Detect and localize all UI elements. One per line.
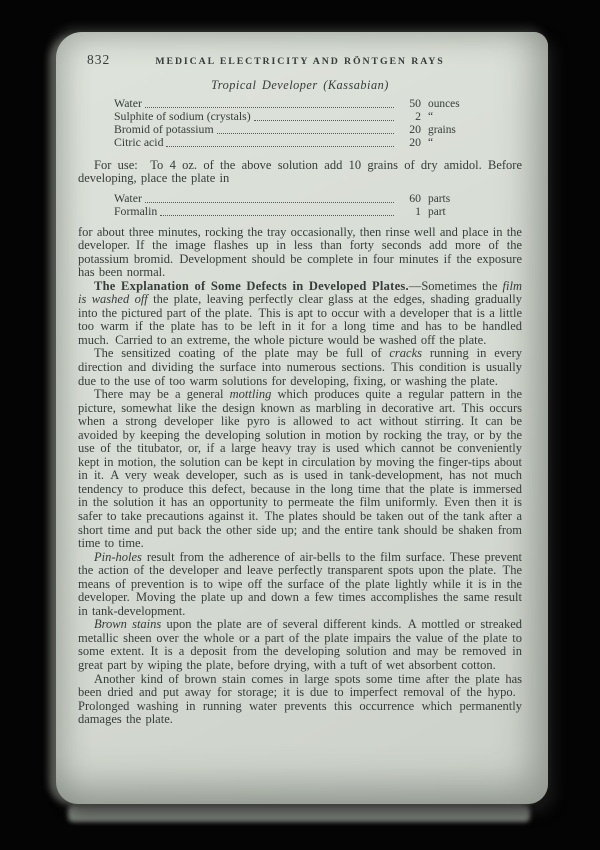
photo-background: 832 MEDICAL ELECTRICITY AND RÖNTGEN RAYS… — [0, 0, 600, 850]
book-pages-edge — [68, 805, 530, 822]
ingredient-unit: parts — [421, 194, 478, 206]
ingredient-name: Water — [114, 193, 142, 205]
running-title: MEDICAL ELECTRICITY AND RÖNTGEN RAYS — [78, 54, 522, 67]
ingredient-unit: “ — [421, 112, 478, 124]
book-page: 832 MEDICAL ELECTRICITY AND RÖNTGEN RAYS… — [56, 32, 548, 804]
ingredient-unit: grains — [421, 125, 478, 137]
table-row: Water 60 parts — [114, 193, 478, 206]
paragraph-development-time: for about three minutes, rocking the tra… — [78, 226, 522, 280]
page-number: 832 — [87, 52, 110, 68]
paragraph-mottling: There may be a general mottling which pr… — [78, 388, 522, 551]
paragraph-cracks: The sensitized coating of the plate may … — [78, 347, 522, 388]
dot-leader — [160, 215, 394, 216]
ingredient-name: Formalin — [114, 206, 157, 218]
paragraph-defects-lead: The Explanation of Some Defects in Devel… — [78, 280, 522, 348]
paragraph-pin-holes: Pin-holes result from the adherence of a… — [78, 551, 522, 619]
formula-table-bath: Water 60 parts Formalin 1 part — [114, 193, 478, 219]
ingredient-unit: part — [421, 207, 478, 219]
ingredient-name: Citric acid — [114, 137, 163, 149]
ingredient-value: 20 — [399, 137, 421, 149]
dot-leader — [145, 107, 394, 108]
formula-table-stock: Water 50 ounces Sulphite of sodium (crys… — [114, 98, 478, 150]
ingredient-value: 60 — [399, 193, 421, 205]
paragraph-for-use: For use: To 4 oz. of the above solution … — [78, 159, 522, 186]
table-row: Formalin 1 part — [114, 206, 478, 219]
table-row: Citric acid 20 “ — [114, 137, 478, 150]
dot-leader — [166, 146, 394, 147]
ingredient-value: 20 — [399, 124, 421, 136]
paragraph-brown-stains: Brown stains upon the plate are of sever… — [78, 618, 522, 672]
dot-leader — [145, 202, 394, 203]
ingredient-unit: ounces — [421, 99, 478, 111]
section-heading: Tropical Developer (Kassabian) — [78, 78, 522, 93]
dot-leader — [254, 120, 394, 121]
ingredient-name: Bromid of potassium — [114, 124, 214, 136]
dot-leader — [217, 133, 394, 134]
paragraph-hypo-stain: Another kind of brown stain comes in lar… — [78, 673, 522, 727]
running-header: 832 MEDICAL ELECTRICITY AND RÖNTGEN RAYS — [78, 54, 522, 69]
ingredient-unit: “ — [421, 138, 478, 150]
ingredient-value: 1 — [399, 206, 421, 218]
table-row: Bromid of potassium 20 grains — [114, 124, 478, 137]
